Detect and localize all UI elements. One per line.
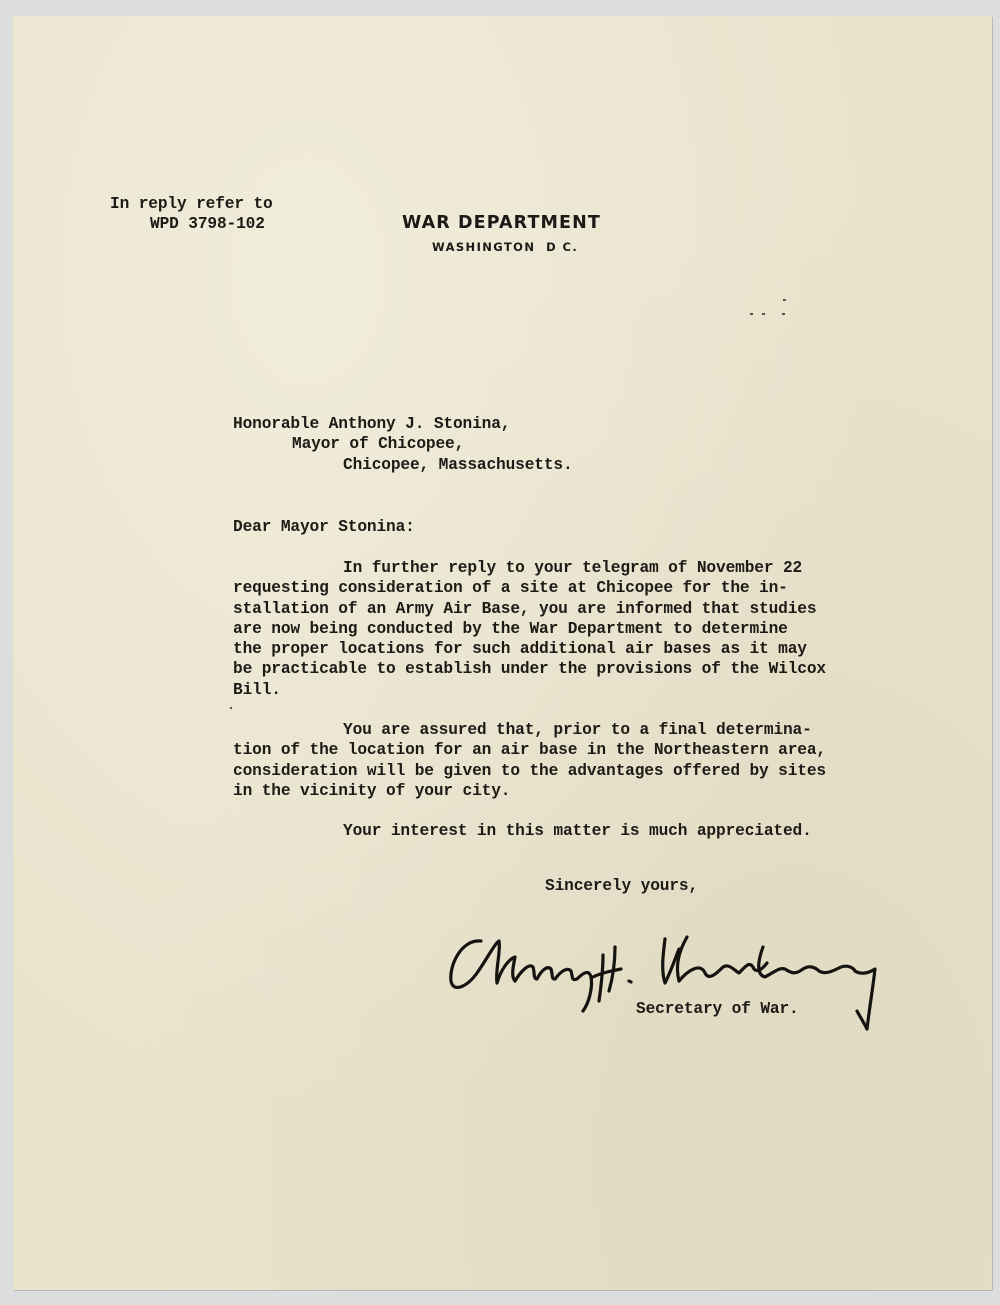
body-paragraph-3: Your interest in this matter is much app… bbox=[233, 821, 873, 841]
reference-number: WPD 3798-102 bbox=[150, 214, 265, 234]
paragraph-line: tion of the location for an air base in … bbox=[233, 740, 873, 760]
paragraph-line: be practicable to establish under the pr… bbox=[233, 659, 873, 679]
paper-speck bbox=[782, 313, 785, 315]
recipient-name: Honorable Anthony J. Stonina, bbox=[233, 414, 510, 434]
salutation: Dear Mayor Stonina: bbox=[233, 517, 415, 537]
paragraph-line: Your interest in this matter is much app… bbox=[233, 821, 873, 841]
letter-page: In reply refer to WPD 3798-102 WAR DEPAR… bbox=[13, 16, 992, 1290]
signer-title: Secretary of War. bbox=[636, 999, 799, 1019]
paper-speck bbox=[762, 313, 765, 315]
paragraph-line: consideration will be given to the advan… bbox=[233, 761, 873, 781]
closing: Sincerely yours, bbox=[545, 876, 698, 896]
paragraph-line: requesting consideration of a site at Ch… bbox=[233, 578, 873, 598]
body-paragraph-2: You are assured that, prior to a final d… bbox=[233, 720, 873, 801]
letterhead-title: WAR DEPARTMENT bbox=[402, 213, 601, 233]
paragraph-line: In further reply to your telegram of Nov… bbox=[233, 558, 873, 578]
paragraph-line: You are assured that, prior to a final d… bbox=[233, 720, 873, 740]
body-paragraph-1: In further reply to your telegram of Nov… bbox=[233, 558, 873, 700]
recipient-address: Chicopee, Massachusetts. bbox=[343, 455, 573, 475]
paragraph-line: the proper locations for such additional… bbox=[233, 639, 873, 659]
paper-speck bbox=[750, 313, 753, 315]
paragraph-line: are now being conducted by the War Depar… bbox=[233, 619, 873, 639]
paragraph-line: stallation of an Army Air Base, you are … bbox=[233, 599, 873, 619]
recipient-title: Mayor of Chicopee, bbox=[292, 434, 464, 454]
letterhead-location: WASHINGTON D C. bbox=[432, 240, 578, 254]
paragraph-line: in the vicinity of your city. bbox=[233, 781, 873, 801]
paper-speck bbox=[230, 707, 232, 709]
paper-speck bbox=[783, 299, 786, 301]
reference-label: In reply refer to bbox=[110, 194, 273, 214]
paragraph-line: Bill. bbox=[233, 680, 873, 700]
